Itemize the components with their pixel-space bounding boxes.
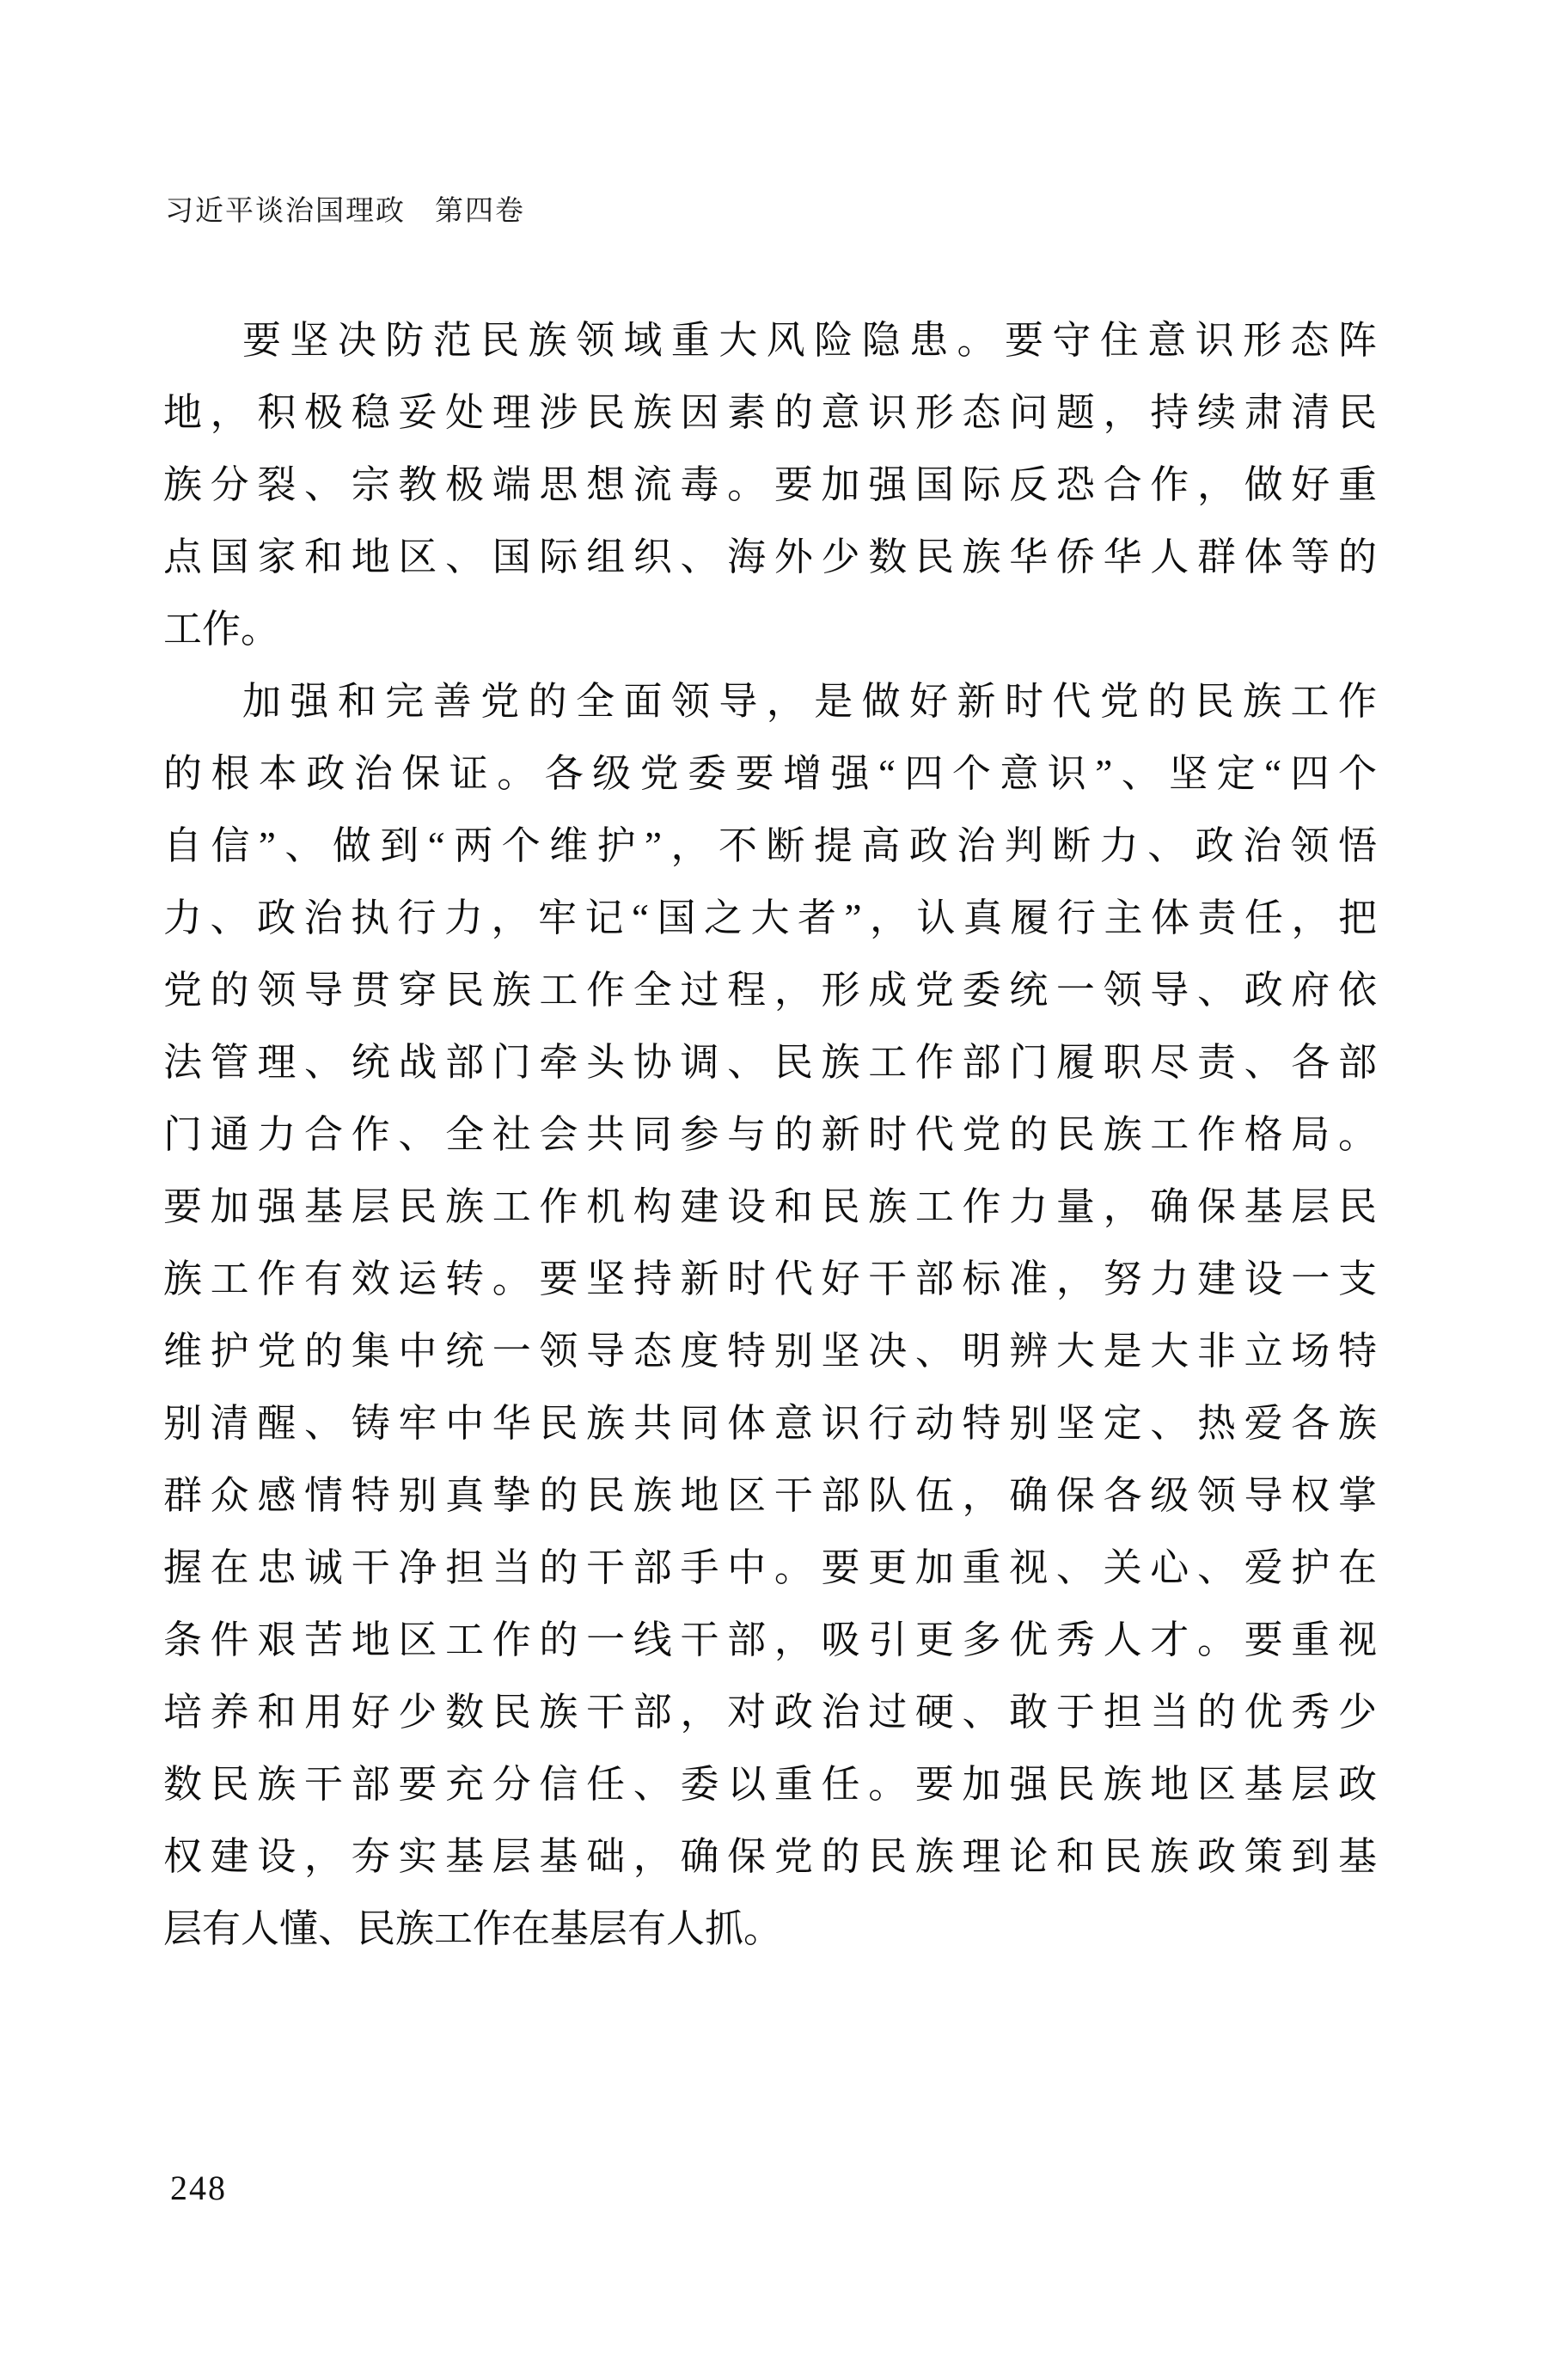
body-text: 要坚决防范民族领域重大风险隐患。要守住意识形态阵地，积极稳妥处理涉民族因素的意识…	[163, 304, 1377, 1965]
text-line: 自信”、做到“两个维护”，不断提高政治判断力、政治领悟	[163, 810, 1377, 882]
text-line: 权建设，夯实基层基础，确保党的民族理论和民族政策到基	[163, 1820, 1377, 1893]
text-line: 点国家和地区、国际组织、海外少数民族华侨华人群体等的	[163, 521, 1377, 593]
book-page: 习近平谈治国理政第四卷 要坚决防范民族领域重大风险隐患。要守住意识形态阵地，积极…	[0, 0, 1541, 2380]
running-header-title: 习近平谈治国理政	[165, 196, 406, 227]
text-line: 党的领导贯穿民族工作全过程，形成党委统一领导、政府依	[163, 954, 1377, 1026]
running-header: 习近平谈治国理政第四卷	[165, 194, 525, 229]
page-number: 248	[170, 2168, 227, 2208]
text-line: 层有人懂、民族工作在基层有人抓。	[163, 1893, 1377, 1965]
text-line: 别清醒、铸牢中华民族共同体意识行动特别坚定、热爱各族	[163, 1387, 1377, 1459]
text-line: 要加强基层民族工作机构建设和民族工作力量，确保基层民	[163, 1171, 1377, 1243]
text-line: 族工作有效运转。要坚持新时代好干部标准，努力建设一支	[163, 1243, 1377, 1315]
text-line: 数民族干部要充分信任、委以重任。要加强民族地区基层政	[163, 1748, 1377, 1820]
text-line: 法管理、统战部门牵头协调、民族工作部门履职尽责、各部	[163, 1026, 1377, 1098]
text-line: 地，积极稳妥处理涉民族因素的意识形态问题，持续肃清民	[163, 376, 1377, 449]
text-line: 力、政治执行力，牢记“国之大者”，认真履行主体责任，把	[163, 882, 1377, 954]
running-header-volume: 第四卷	[435, 196, 525, 227]
text-line: 培养和用好少数民族干部，对政治过硬、敢于担当的优秀少	[163, 1676, 1377, 1748]
text-line: 加强和完善党的全面领导，是做好新时代党的民族工作	[163, 665, 1377, 737]
text-line: 族分裂、宗教极端思想流毒。要加强国际反恐合作，做好重	[163, 449, 1377, 521]
text-line: 工作。	[163, 593, 1377, 665]
text-line: 门通力合作、全社会共同参与的新时代党的民族工作格局。	[163, 1098, 1377, 1171]
text-line: 握在忠诚干净担当的干部手中。要更加重视、关心、爱护在	[163, 1532, 1377, 1604]
text-line: 维护党的集中统一领导态度特别坚决、明辨大是大非立场特	[163, 1315, 1377, 1387]
text-line: 群众感情特别真挚的民族地区干部队伍，确保各级领导权掌	[163, 1459, 1377, 1532]
text-line: 的根本政治保证。各级党委要增强“四个意识”、坚定“四个	[163, 737, 1377, 810]
text-line: 要坚决防范民族领域重大风险隐患。要守住意识形态阵	[163, 304, 1377, 376]
text-line: 条件艰苦地区工作的一线干部，吸引更多优秀人才。要重视	[163, 1604, 1377, 1676]
